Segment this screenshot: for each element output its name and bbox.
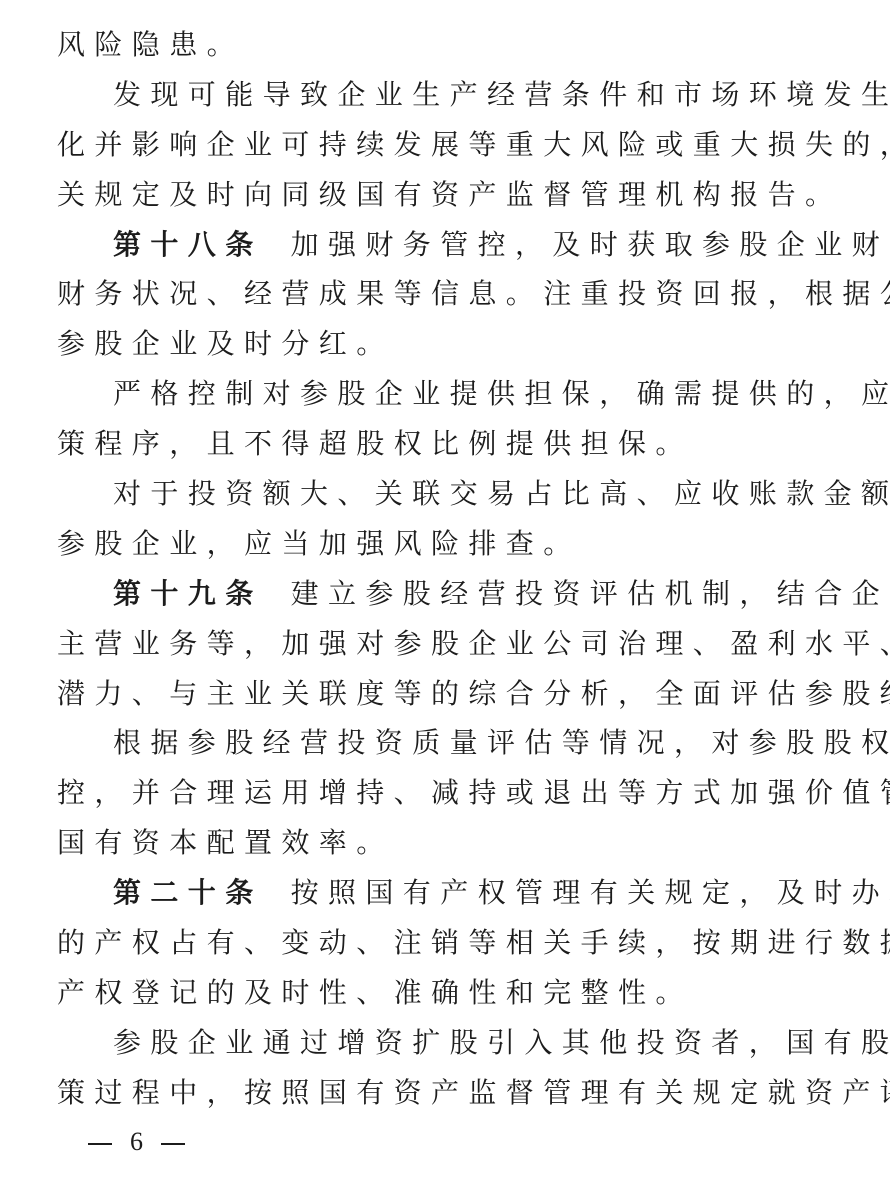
paragraph-line: 严格控制对参股企业提供担保，确需提供的，应当严格履行决 (57, 369, 809, 419)
article-18-line: 第十八条加强财务管控，及时获取参股企业财务报告，掌握 (57, 220, 809, 270)
article-number: 第二十条 (113, 876, 263, 909)
body-line: 潜力、与主业关联度等的综合分析，全面评估参股经营投资质量。 (57, 669, 809, 719)
body-line: 控，并合理运用增持、减持或退出等方式加强价值管理，不断提高 (57, 768, 809, 818)
article-20-line: 第二十条按照国有产权管理有关规定，及时办理参股股权 (57, 868, 809, 918)
body-line: 参股企业，应当加强风险排查。 (57, 519, 809, 569)
body-line: 参股企业及时分红。 (57, 319, 809, 369)
body-line: 产权登记的及时性、准确性和完整性。 (57, 968, 809, 1018)
body-line: 化并影响企业可持续发展等重大风险或重大损失的，应当按照有 (57, 120, 809, 170)
body-line: 风险隐患。 (57, 20, 809, 70)
article-number: 第十八条 (113, 228, 263, 261)
page-number-value: 6 (130, 1126, 143, 1158)
article-text: 加强财务管控，及时获取参股企业财务报告，掌握 (291, 228, 890, 261)
dash-left-icon (88, 1143, 112, 1145)
body-line: 的产权占有、变动、注销等相关手续，按期进行数据核对，确保参股 (57, 918, 809, 968)
paragraph-line: 根据参股经营投资质量评估等情况，对参股股权实施分类管 (57, 718, 809, 768)
body-line: 财务状况、经营成果等信息。注重投资回报，根据公司章程等督促 (57, 269, 809, 319)
body-line: 策过程中，按照国有资产监督管理有关规定就资产评估、进场交易 (57, 1068, 809, 1118)
paragraph-line: 发现可能导致企业生产经营条件和市场环境发生特别重大变 (57, 70, 809, 120)
body-line: 关规定及时向同级国有资产监督管理机构报告。 (57, 170, 809, 220)
article-text: 建立参股经营投资评估机制，结合企业发展战略、 (291, 577, 890, 610)
body-line: 国有资本配置效率。 (57, 818, 809, 868)
body-line: 策程序，且不得超股权比例提供担保。 (57, 419, 809, 469)
document-page: 风险隐患。 发现可能导致企业生产经营条件和市场环境发生特别重大变 化并影响企业可… (57, 20, 809, 1118)
article-19-line: 第十九条建立参股经营投资评估机制，结合企业发展战略、 (57, 569, 809, 619)
paragraph-line: 参股企业通过增资扩股引入其他投资者，国有股东应当在决 (57, 1018, 809, 1068)
page-number: 6 (88, 1126, 185, 1158)
dash-right-icon (161, 1143, 185, 1145)
body-line: 主营业务等，加强对参股企业公司治理、盈利水平、分红能力、增值 (57, 619, 809, 669)
article-number: 第十九条 (113, 577, 263, 610)
article-text: 按照国有产权管理有关规定，及时办理参股股权 (291, 876, 890, 909)
paragraph-line: 对于投资额大、关联交易占比高、应收账款金额大或账龄长的 (57, 469, 809, 519)
